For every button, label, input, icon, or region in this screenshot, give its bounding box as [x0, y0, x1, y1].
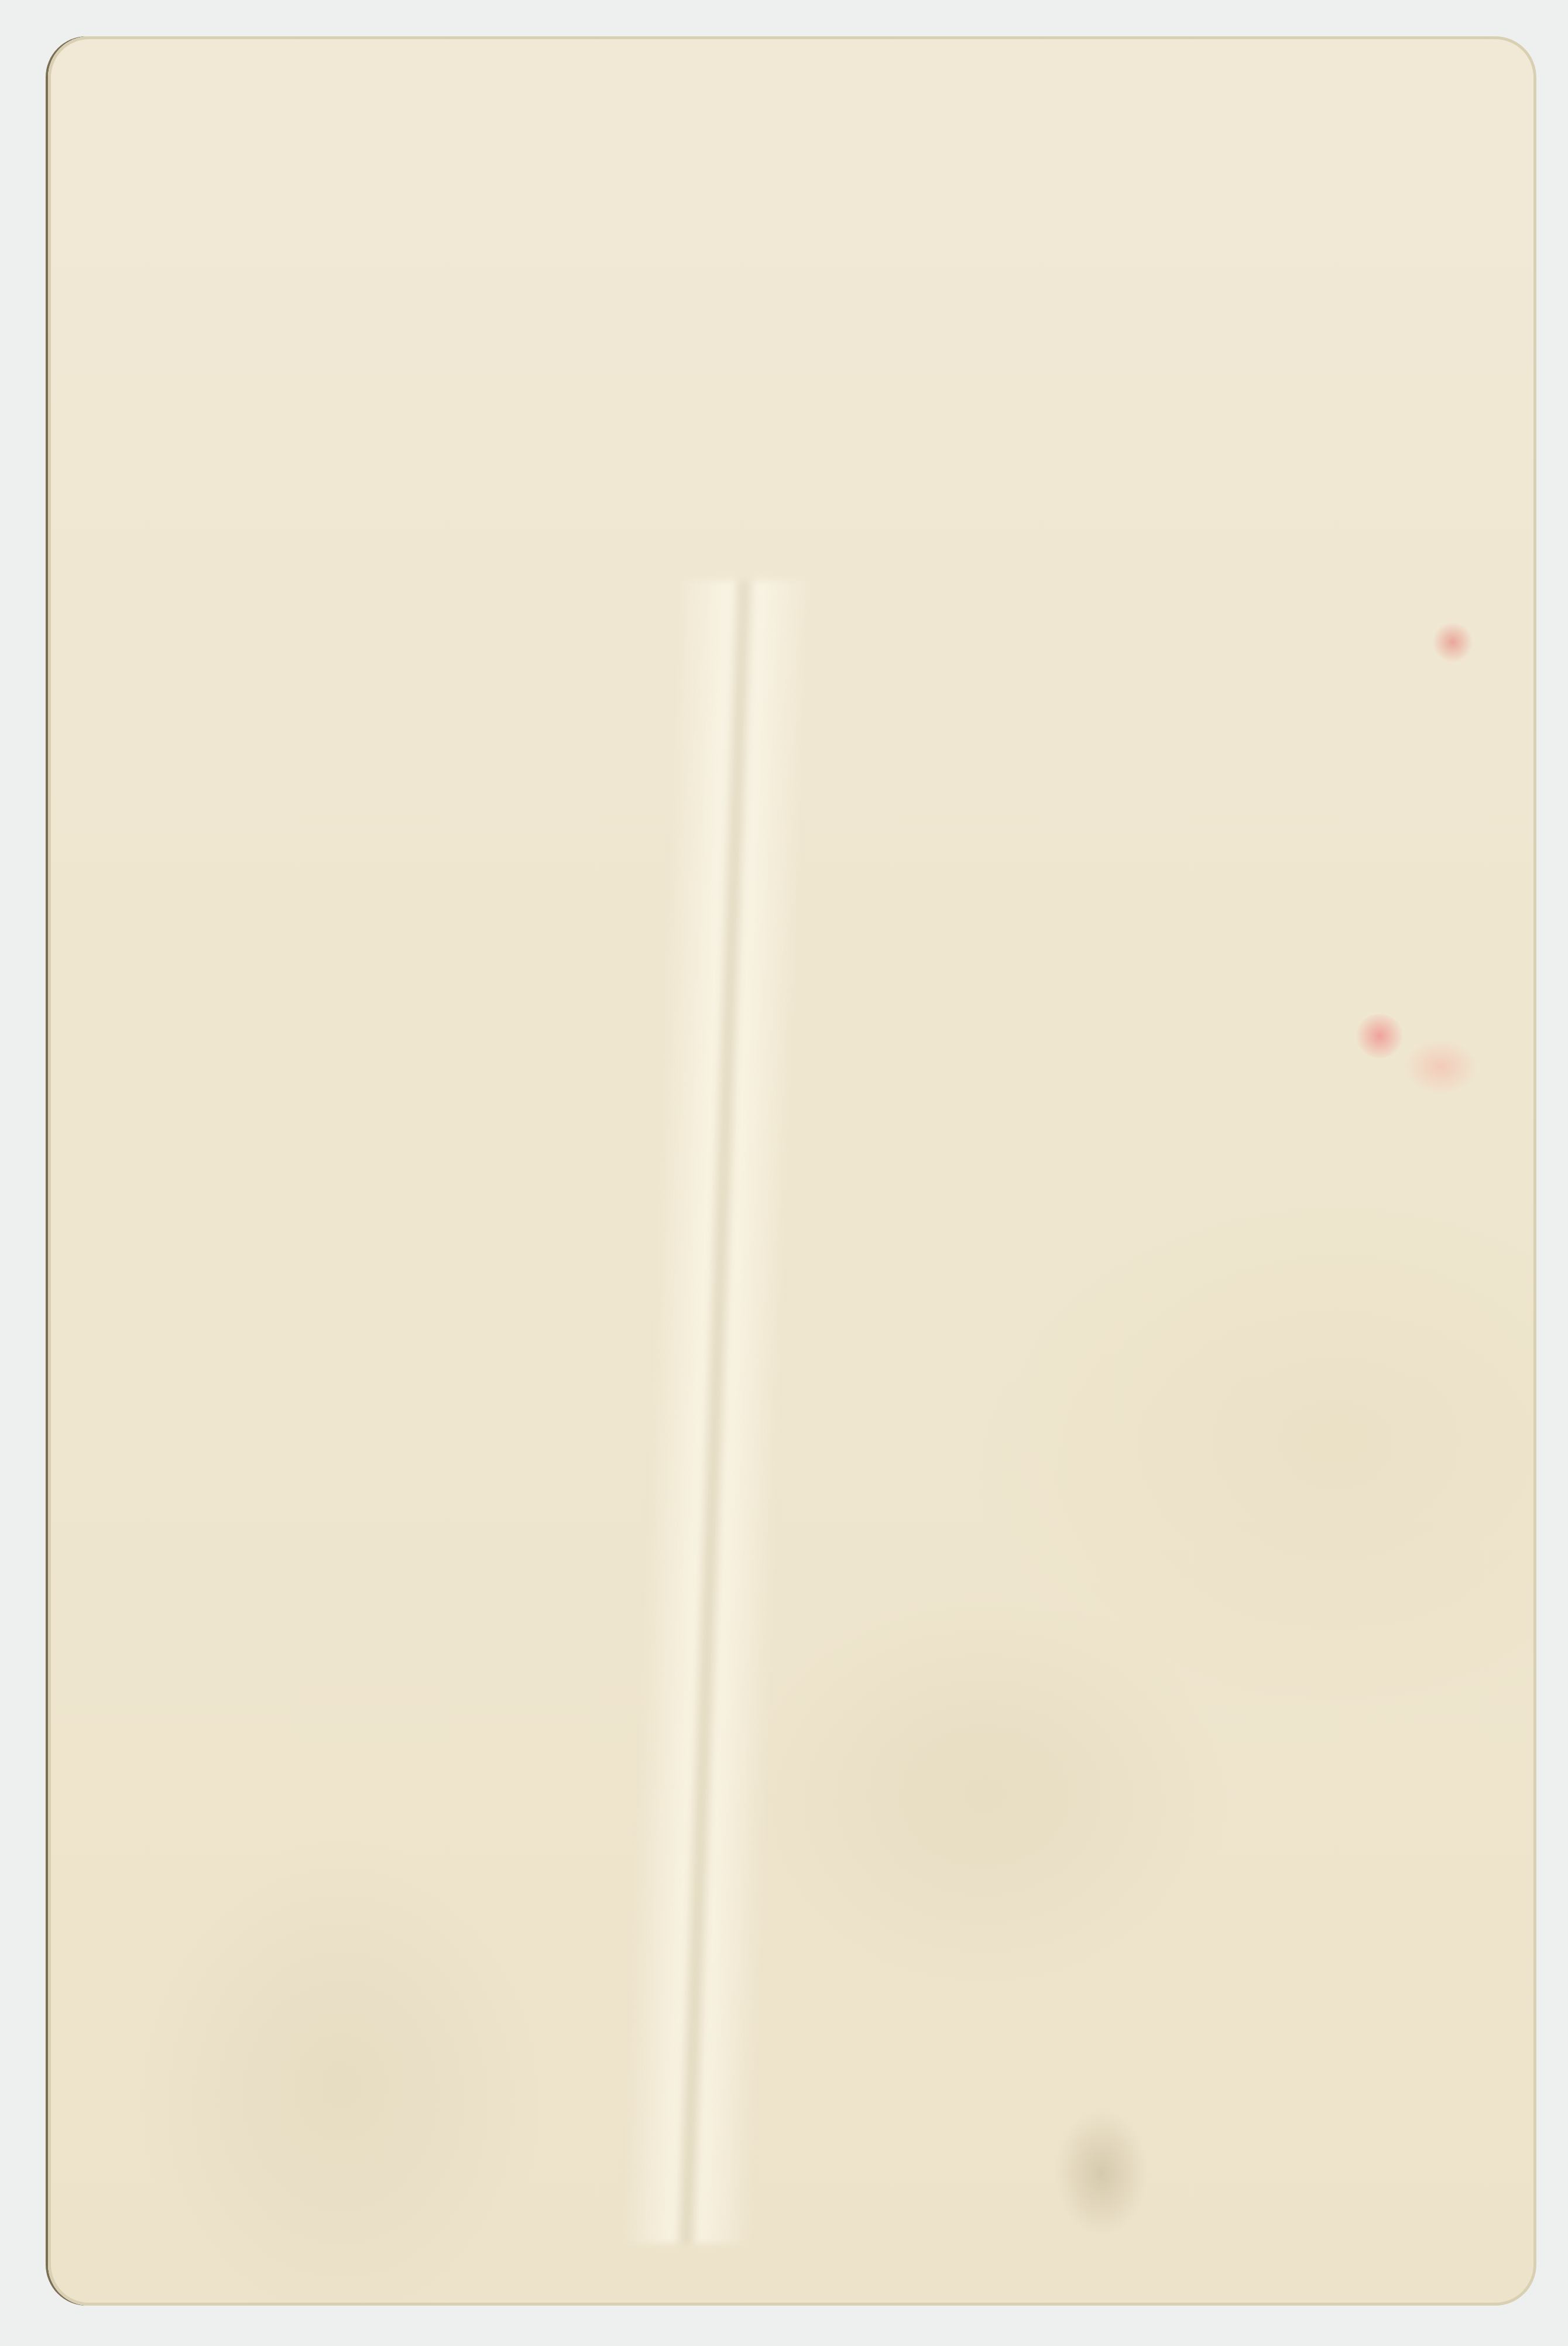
fingerprint-smudge	[1055, 2109, 1148, 2238]
red-stain	[1432, 622, 1473, 663]
red-stain	[1356, 1014, 1403, 1058]
red-stain	[1406, 1040, 1476, 1093]
blank-card	[48, 36, 1536, 2306]
vertical-crease	[622, 581, 808, 2244]
